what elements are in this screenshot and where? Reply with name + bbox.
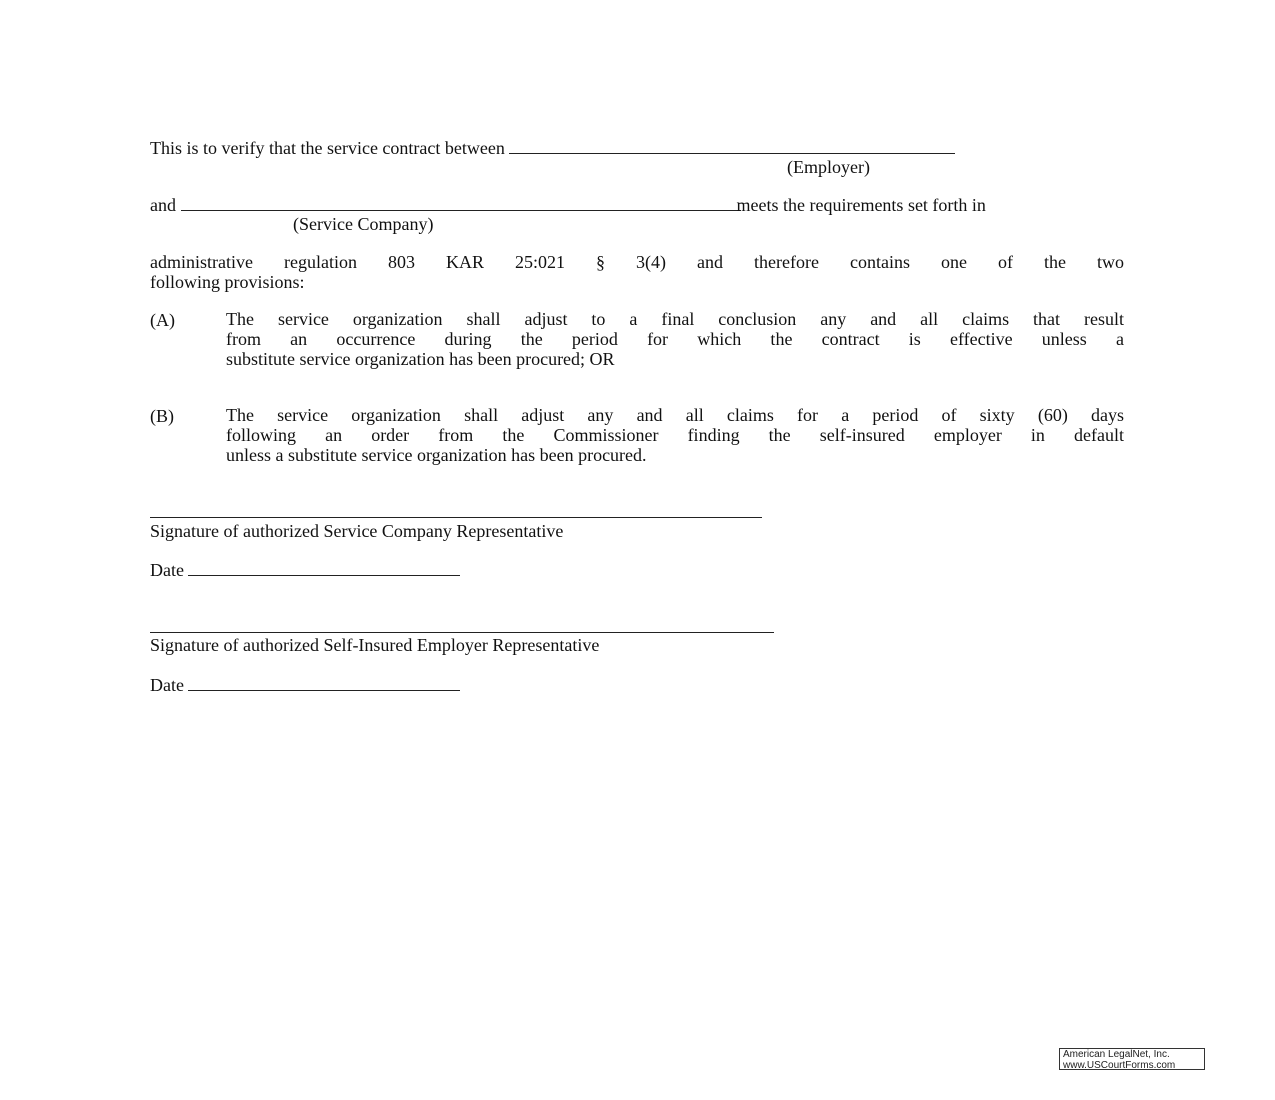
publisher-footer: American LegalNet, Inc. www.USCourtForms… bbox=[1059, 1048, 1205, 1070]
provision-a-line-2: from an occurrence during the period for… bbox=[226, 330, 1124, 350]
service-company-date-field[interactable] bbox=[188, 561, 460, 576]
employer-date-row: Date bbox=[150, 675, 460, 695]
and-text: and bbox=[150, 195, 176, 215]
employer-caption: (Employer) bbox=[787, 157, 870, 177]
provision-b-line-2: following an order from the Commissioner… bbox=[226, 426, 1124, 446]
service-company-field[interactable] bbox=[181, 196, 741, 211]
regulation-line-2: following provisions: bbox=[150, 272, 305, 292]
employer-signature-caption: Signature of authorized Self-Insured Emp… bbox=[150, 635, 599, 655]
requirements-text: meets the requirements set forth in bbox=[737, 195, 986, 215]
provision-b-label: (B) bbox=[150, 406, 174, 426]
intro-text: This is to verify that the service contr… bbox=[150, 138, 505, 158]
service-company-signature-caption: Signature of authorized Service Company … bbox=[150, 521, 563, 541]
date-label: Date bbox=[150, 560, 184, 580]
regulation-line-1: administrative regulation 803 KAR 25:021… bbox=[150, 253, 1124, 273]
employer-signature-field[interactable] bbox=[150, 632, 774, 633]
employer-field[interactable] bbox=[509, 139, 955, 154]
publisher-name: American LegalNet, Inc. bbox=[1063, 1050, 1204, 1061]
publisher-url: www.USCourtForms.com bbox=[1063, 1061, 1204, 1072]
provision-b-line-1: The service organization shall adjust an… bbox=[226, 406, 1124, 426]
date-label: Date bbox=[150, 675, 184, 695]
provision-a-line-1: The service organization shall adjust to… bbox=[226, 310, 1124, 330]
provision-b-line-3: unless a substitute service organization… bbox=[226, 445, 647, 465]
provision-a-label: (A) bbox=[150, 310, 175, 330]
service-company-caption: (Service Company) bbox=[293, 214, 433, 234]
service-company-signature-field[interactable] bbox=[150, 517, 762, 518]
service-company-line: and meets the requirements set forth in bbox=[150, 195, 986, 215]
provision-a-line-3: substitute service organization has been… bbox=[226, 349, 615, 369]
employer-line: This is to verify that the service contr… bbox=[150, 138, 955, 158]
service-company-date-row: Date bbox=[150, 560, 460, 580]
employer-date-field[interactable] bbox=[188, 676, 460, 691]
